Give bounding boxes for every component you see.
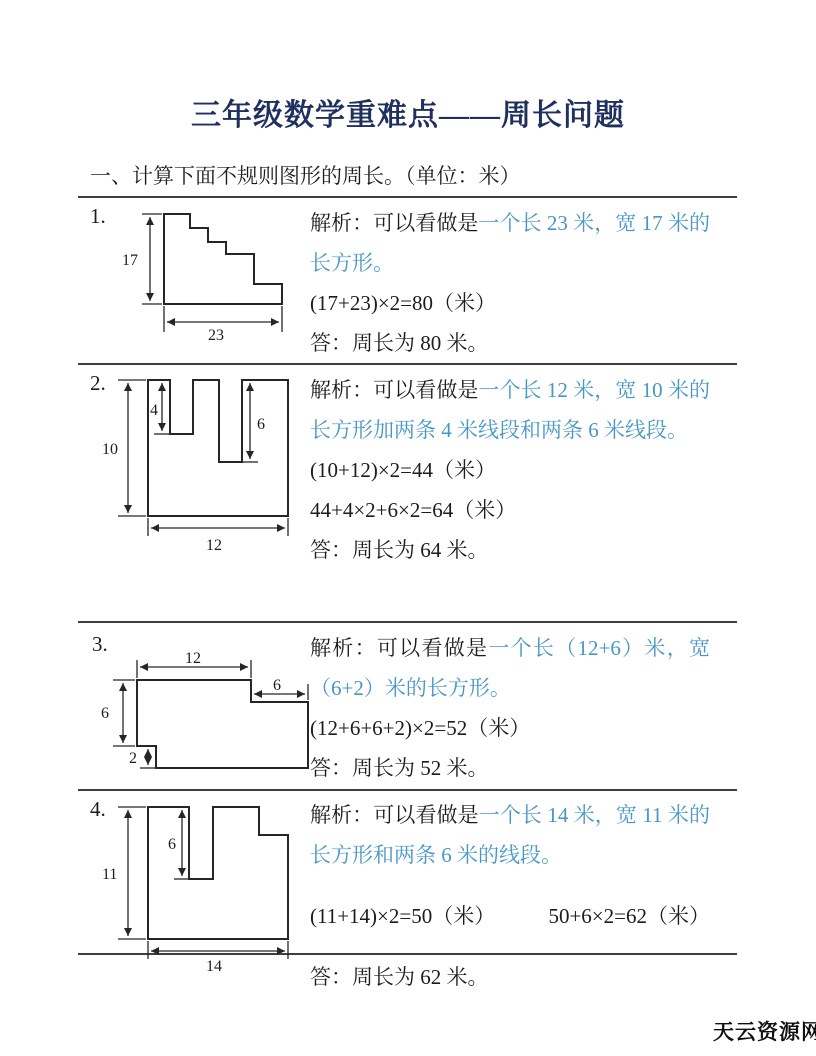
answer: 答：周长为 64 米。 <box>310 530 710 570</box>
step-shape <box>137 680 308 768</box>
figure-3-step-shape: 12 6 6 2 <box>95 650 330 782</box>
dim-label-height: 17 <box>122 252 138 269</box>
problem-1-number: 1. <box>90 204 106 229</box>
dim-label-left: 11 <box>102 866 117 883</box>
problem-2-text: 解析：可以看做是一个长 12 米，宽 10 米的长方形加两条 4 米线段和两条 … <box>310 370 710 570</box>
analysis-prefix: 解析：可以看做是 <box>310 636 488 660</box>
dim-label-bottom: 12 <box>206 537 222 554</box>
analysis-paragraph: 解析：可以看做是一个长 23 米，宽 17 米的长方形。 <box>310 203 710 283</box>
page-title: 三年级数学重难点——周长问题 <box>0 90 816 134</box>
worksheet-page: 三年级数学重难点——周长问题 一、计算下面不规则图形的周长。（单位：米） 1. … <box>0 0 816 1056</box>
problem-4-text: 解析：可以看做是一个长 14 米，宽 11 米的长方形和两条 6 米的线段。 (… <box>310 795 710 997</box>
dim-label-notch: 6 <box>168 836 176 853</box>
answer: 答：周长为 62 米。 <box>310 957 710 997</box>
dim-label-bottom: 14 <box>206 958 222 973</box>
problem-3-text: 解析：可以看做是一个长（12+6）米，宽（6+2）米的长方形。 (12+6+6+… <box>310 628 710 788</box>
formula: (11+14)×2=50（米） <box>310 896 495 936</box>
dim-label-notch-left: 4 <box>150 402 158 419</box>
analysis-prefix: 解析：可以看做是 <box>310 803 479 827</box>
analysis-paragraph: 解析：可以看做是一个长（12+6）米，宽（6+2）米的长方形。 <box>310 628 710 708</box>
dim-label-notch-right: 6 <box>257 416 265 433</box>
answer: 答：周长为 52 米。 <box>310 748 710 788</box>
divider-line <box>78 789 737 791</box>
dim-label-left: 10 <box>102 441 118 458</box>
analysis-paragraph: 解析：可以看做是一个长 12 米，宽 10 米的长方形加两条 4 米线段和两条 … <box>310 370 710 450</box>
formula: 50+6×2=62（米） <box>548 896 710 936</box>
dim-label-width: 23 <box>208 327 224 344</box>
formula: (10+12)×2=44（米） <box>310 450 710 490</box>
formula: (17+23)×2=80（米） <box>310 283 710 323</box>
answer: 答：周长为 80 米。 <box>310 323 710 363</box>
problem-1-text: 解析：可以看做是一个长 23 米，宽 17 米的长方形。 (17+23)×2=8… <box>310 203 710 363</box>
staircase-shape <box>164 214 282 304</box>
dim-label-bottom-step: 2 <box>129 750 137 767</box>
analysis-paragraph: 解析：可以看做是一个长 14 米，宽 11 米的长方形和两条 6 米的线段。 <box>310 795 710 875</box>
figure-1-staircase: 17 23 <box>112 200 312 345</box>
notched-rectangle-shape <box>148 807 288 939</box>
dim-label-top: 12 <box>185 650 201 667</box>
section-heading: 一、计算下面不规则图形的周长。（单位：米） <box>90 160 521 190</box>
formula: 44+4×2+6×2=64（米） <box>310 490 710 530</box>
dim-label-right-step: 6 <box>273 677 281 694</box>
figure-4-notched-rectangle: 11 6 14 <box>98 795 308 973</box>
divider-line <box>78 363 737 365</box>
divider-line <box>78 621 737 623</box>
notched-rectangle-shape <box>148 380 288 516</box>
formula: (12+6+6+2)×2=52（米） <box>310 708 710 748</box>
divider-line <box>78 196 737 198</box>
watermark: 天云资源网 <box>713 1016 816 1046</box>
analysis-prefix: 解析：可以看做是 <box>310 211 478 235</box>
analysis-prefix: 解析：可以看做是 <box>310 378 478 402</box>
formula-row: (11+14)×2=50（米） 50+6×2=62（米） <box>310 896 710 936</box>
dim-label-left: 6 <box>101 705 109 722</box>
figure-2-notched-rectangle: 10 4 6 12 <box>98 368 313 556</box>
